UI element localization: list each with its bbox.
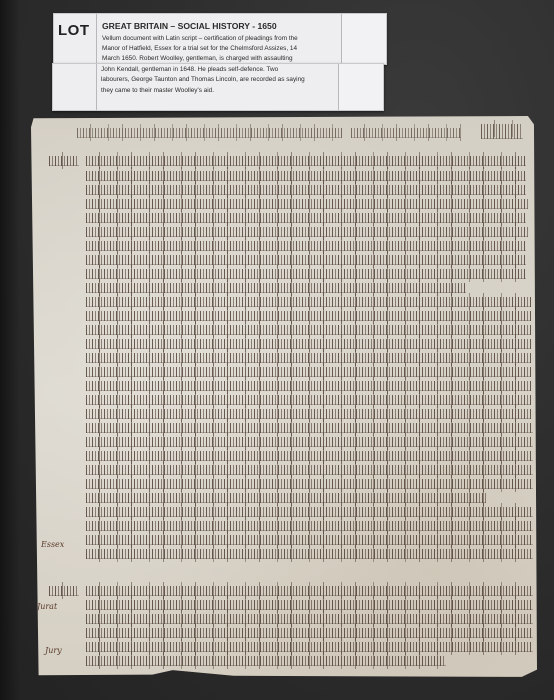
label-blank-cell-bottom [338, 64, 383, 110]
script-line [86, 199, 528, 209]
script-line [86, 656, 446, 666]
label-strip-bottom: John Kendall, gentleman in 1648. He plea… [52, 63, 384, 111]
script-line [86, 614, 533, 624]
script-line [86, 521, 533, 531]
script-line [86, 586, 533, 596]
margin-note: Jury [45, 646, 62, 655]
lot-cell-bottom [53, 64, 97, 110]
label-title: GREAT BRITAIN – SOCIAL HISTORY - 1650 [102, 21, 277, 31]
script-line [86, 437, 533, 447]
script-line [86, 395, 531, 405]
script-line [86, 353, 531, 363]
desc-line: labourers, George Taunton and Thomas Lin… [101, 75, 305, 85]
script-line [86, 269, 526, 279]
margin-note: Essex [41, 540, 64, 549]
script-line [86, 549, 533, 559]
label-desc-line-1: Vellum document with Latin script – cert… [102, 34, 298, 64]
script-line [86, 451, 533, 461]
script-line [86, 493, 486, 503]
script-line [86, 507, 533, 517]
vellum-document: Essex Jurat Jury [31, 116, 537, 678]
script-line [86, 628, 533, 638]
script-line [86, 465, 533, 475]
desc-line: they came to their master Woolley's aid. [101, 86, 305, 96]
script-line [86, 311, 531, 321]
script-line [86, 255, 526, 265]
script-line [86, 156, 526, 166]
script-line [86, 213, 526, 223]
script-line [86, 535, 533, 545]
script-line [86, 241, 526, 251]
script-line [86, 479, 533, 489]
script-line [86, 185, 526, 195]
label-blank-cell [341, 14, 386, 64]
script-line [86, 227, 528, 237]
script-line [86, 642, 533, 652]
script-line [86, 297, 531, 307]
lot-text: LOT [58, 22, 90, 39]
script-line [86, 283, 466, 293]
lot-cell: LOT [54, 14, 97, 64]
script-line [86, 339, 531, 349]
background-shadow [0, 0, 20, 700]
label-desc-lines-2: John Kendall, gentleman in 1648. He plea… [101, 65, 305, 96]
script-line [86, 325, 531, 335]
script-line [86, 171, 526, 181]
desc-line: John Kendall, gentleman in 1648. He plea… [101, 65, 305, 75]
manuscript-heading-2 [351, 128, 461, 138]
script-line [49, 586, 79, 596]
desc-line: Vellum document with Latin script – cert… [102, 34, 298, 44]
script-line [86, 423, 533, 433]
lot-label-card: LOT GREAT BRITAIN – SOCIAL HISTORY - 165… [52, 13, 385, 109]
script-line [86, 367, 531, 377]
margin-note: Jurat [37, 602, 57, 611]
label-strip-top: LOT GREAT BRITAIN – SOCIAL HISTORY - 165… [53, 13, 387, 65]
manuscript-heading [77, 128, 342, 138]
script-line [86, 600, 533, 610]
script-line [49, 156, 79, 166]
script-line [86, 381, 531, 391]
script-line [86, 409, 531, 419]
manuscript-corner-note [481, 124, 523, 139]
